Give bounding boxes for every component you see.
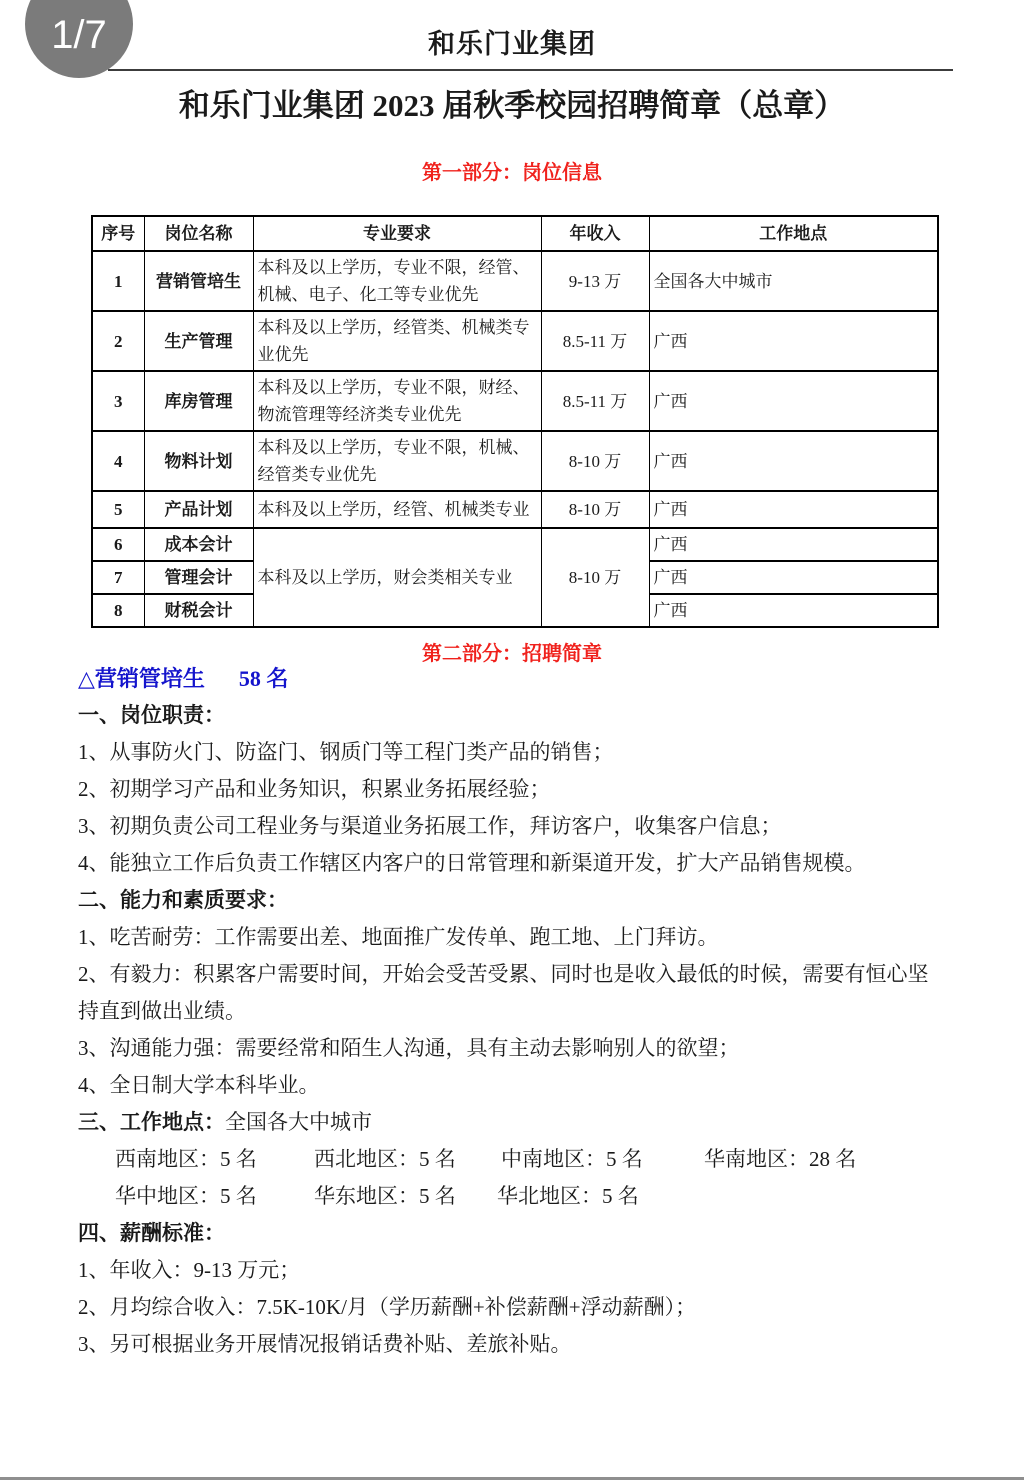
locations-line: 三、工作地点：全国各大中城市: [78, 1104, 946, 1141]
cell-position: 营销管培生: [144, 251, 253, 311]
ability-item: 2、有毅力：积累客户需要时间，开始会受苦受累、同时也是收入最低的时候，需要有恒心…: [78, 956, 946, 1030]
cell-position: 管理会计: [144, 561, 253, 594]
salary-item: 3、另可根据业务开展情况报销话费补贴、差旅补贴。: [78, 1326, 946, 1363]
salary-item: 1、年收入：9-13 万元；: [78, 1252, 946, 1289]
duty-item: 1、从事防火门、防盗门、钢质门等工程门类产品的销售；: [78, 734, 946, 771]
position-heading: △营销管培生58 名: [78, 660, 946, 697]
duty-item: 4、能独立工作后负责工作辖区内客户的日常管理和新渠道开发，扩大产品销售规模。: [78, 845, 946, 882]
region-count: 中南地区：5 名: [501, 1141, 643, 1178]
region-row: 西南地区：5 名 西北地区：5 名 中南地区：5 名 华南地区：28 名: [78, 1141, 946, 1178]
duties-title: 一、岗位职责：: [78, 697, 946, 734]
cell-no: 1: [92, 251, 144, 311]
cell-position: 产品计划: [144, 491, 253, 528]
salary-title: 四、薪酬标准：: [78, 1215, 946, 1252]
page-bottom-edge: [0, 1477, 1024, 1480]
abilities-title: 二、能力和素质要求：: [78, 882, 946, 919]
table-row: 1 营销管培生 本科及以上学历，专业不限，经管、机械、电子、化工等专业优先 9-…: [92, 251, 938, 311]
recruitment-body: △营销管培生58 名 一、岗位职责： 1、从事防火门、防盗门、钢质门等工程门类产…: [78, 660, 946, 1363]
duty-item: 3、初期负责公司工程业务与渠道业务拓展工作，拜访客户，收集客户信息；: [78, 808, 946, 845]
cell-location: 广西: [649, 594, 938, 627]
table-row: 2 生产管理 本科及以上学历，经管类、机械类专业优先 8.5-11 万 广西: [92, 311, 938, 371]
cell-salary: 8-10 万: [541, 431, 649, 491]
letterhead-divider: [108, 69, 953, 71]
table-row: 3 库房管理 本科及以上学历，专业不限，财经、物流管理等经济类专业优先 8.5-…: [92, 371, 938, 431]
ability-item: 4、全日制大学本科毕业。: [78, 1067, 946, 1104]
cell-no: 7: [92, 561, 144, 594]
locations-title: 三、工作地点：: [78, 1110, 225, 1134]
part1-heading: 第一部分：岗位信息: [0, 156, 1024, 185]
region-count: 华北地区：5 名: [497, 1178, 639, 1215]
cell-salary: 9-13 万: [541, 251, 649, 311]
locations-subtitle: 全国各大中城市: [225, 1110, 372, 1134]
cell-position: 库房管理: [144, 371, 253, 431]
cell-major: 本科及以上学历，专业不限，机械、经管类专业优先: [253, 431, 541, 491]
col-header-no: 序号: [92, 216, 144, 251]
cell-no: 2: [92, 311, 144, 371]
cell-no: 4: [92, 431, 144, 491]
document-title: 和乐门业集团 2023 届秋季校园招聘简章（总章）: [0, 80, 1024, 125]
cell-no: 3: [92, 371, 144, 431]
cell-location: 广西: [649, 561, 938, 594]
region-row: 华中地区：5 名 华东地区：5 名 华北地区：5 名: [78, 1178, 946, 1215]
cell-location: 广西: [649, 491, 938, 528]
cell-major-merged: 本科及以上学历，财会类相关专业: [253, 528, 541, 627]
cell-location: 全国各大中城市: [649, 251, 938, 311]
cell-position: 财税会计: [144, 594, 253, 627]
cell-position: 成本会计: [144, 528, 253, 561]
col-header-major: 专业要求: [253, 216, 541, 251]
cell-position: 生产管理: [144, 311, 253, 371]
cell-major: 本科及以上学历，专业不限，经管、机械、电子、化工等专业优先: [253, 251, 541, 311]
cell-location: 广西: [649, 431, 938, 491]
table-row: 6 成本会计 本科及以上学历，财会类相关专业 8-10 万 广西: [92, 528, 938, 561]
region-count: 华中地区：5 名: [115, 1178, 257, 1215]
table-row: 5 产品计划 本科及以上学历，经管、机械类专业 8-10 万 广西: [92, 491, 938, 528]
cell-location: 广西: [649, 371, 938, 431]
letterhead-title: 和乐门业集团: [0, 22, 1024, 61]
cell-location: 广西: [649, 528, 938, 561]
cell-major: 本科及以上学历，经管类、机械类专业优先: [253, 311, 541, 371]
cell-no: 5: [92, 491, 144, 528]
region-count: 西南地区：5 名: [115, 1141, 257, 1178]
region-count: 西北地区：5 名: [314, 1141, 456, 1178]
position-title: △营销管培生: [78, 666, 205, 691]
page-number-badge: 1/7: [25, 0, 133, 78]
ability-item: 3、沟通能力强：需要经常和陌生人沟通，具有主动去影响别人的欲望；: [78, 1030, 946, 1067]
cell-position: 物料计划: [144, 431, 253, 491]
cell-salary: 8-10 万: [541, 491, 649, 528]
cell-salary-merged: 8-10 万: [541, 528, 649, 627]
cell-location: 广西: [649, 311, 938, 371]
col-header-location: 工作地点: [649, 216, 938, 251]
salary-item: 2、月均综合收入：7.5K-10K/月（学历薪酬+补偿薪酬+浮动薪酬）；: [78, 1289, 946, 1326]
cell-major: 本科及以上学历，专业不限，财经、物流管理等经济类专业优先: [253, 371, 541, 431]
duty-item: 2、初期学习产品和业务知识，积累业务拓展经验；: [78, 771, 946, 808]
cell-no: 8: [92, 594, 144, 627]
table-header-row: 序号 岗位名称 专业要求 年收入 工作地点: [92, 216, 938, 251]
ability-item: 1、吃苦耐劳：工作需要出差、地面推广发传单、跑工地、上门拜访。: [78, 919, 946, 956]
position-count: 58 名: [239, 666, 289, 691]
col-header-salary: 年收入: [541, 216, 649, 251]
cell-major: 本科及以上学历，经管、机械类专业: [253, 491, 541, 528]
region-count: 华南地区：28 名: [704, 1141, 856, 1178]
jobs-table: 序号 岗位名称 专业要求 年收入 工作地点 1 营销管培生 本科及以上学历，专业…: [91, 215, 939, 628]
table-row: 4 物料计划 本科及以上学历，专业不限，机械、经管类专业优先 8-10 万 广西: [92, 431, 938, 491]
cell-salary: 8.5-11 万: [541, 371, 649, 431]
col-header-name: 岗位名称: [144, 216, 253, 251]
cell-salary: 8.5-11 万: [541, 311, 649, 371]
page-number-label: 1/7: [51, 13, 107, 58]
cell-no: 6: [92, 528, 144, 561]
region-count: 华东地区：5 名: [314, 1178, 456, 1215]
